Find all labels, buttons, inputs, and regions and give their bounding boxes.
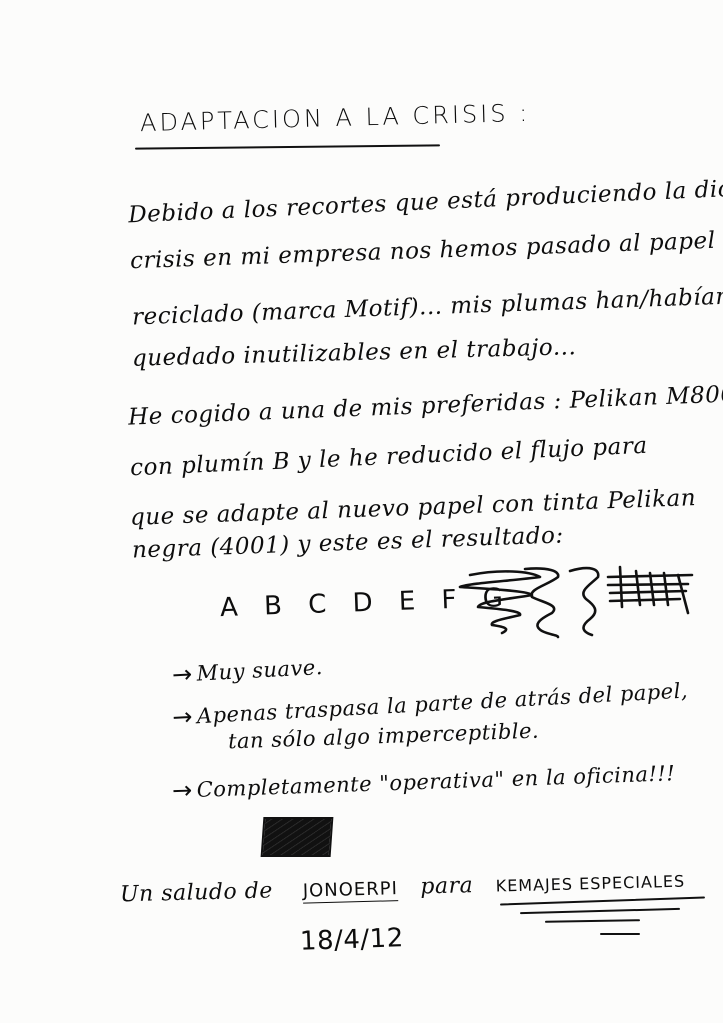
arrow-right-icon: → (172, 702, 194, 731)
paragraph-line-2: crisis en mi empresa nos hemos pasado al… (130, 228, 716, 274)
bullet-item-3: → Completamente "operativa" en la oficin… (172, 759, 676, 805)
scanned-handwritten-page: ADAPTACION A LA CRISIS : Debido a los re… (0, 0, 723, 1023)
recipient-underline-4 (600, 933, 640, 935)
ink-stroke-samples (440, 555, 700, 650)
paragraph-line-6: con plumín B y le he reducido el flujo p… (130, 433, 648, 482)
bullet-text: Completamente "operativa" en la oficina!… (196, 761, 675, 802)
paragraph-line-7: que se adapte al nuevo papel con tinta P… (130, 485, 697, 531)
bullet-item-1: → Muy suave. (171, 653, 323, 689)
paragraph-line-1: Debido a los recortes que está producien… (128, 174, 723, 229)
paragraph-line-5: He cogido a una de mis preferidas : Peli… (128, 381, 723, 430)
arrow-right-icon: → (171, 660, 193, 689)
bullet-text: Apenas traspasa la parte de atrás del pa… (196, 679, 688, 729)
signature-prefix: Un saludo de (120, 878, 273, 907)
crosshatch-grid-icon (608, 567, 692, 613)
arrow-right-icon: → (172, 776, 194, 805)
hatched-ink-box (261, 817, 334, 857)
page-title: ADAPTACION A LA CRISIS : (140, 99, 531, 137)
recipient-underline-2 (520, 908, 680, 914)
signature-connector: para (420, 873, 473, 899)
recipient-underline-1 (500, 896, 705, 905)
bullet-text: Muy suave. (196, 655, 323, 686)
paragraph-line-4: quedado inutilizables en el trabajo... (132, 334, 577, 372)
zigzag-spiral-icon (460, 571, 540, 633)
recipient-underline-3 (545, 919, 640, 923)
signature-recipient: KEMAJES ESPECIALES (495, 872, 685, 896)
squiggle-icon-2 (570, 568, 598, 635)
signature-name: JONOERPI (303, 878, 399, 901)
date: 18/4/12 (300, 923, 405, 957)
paragraph-line-3: reciclado (marca Motif)... mis plumas ha… (132, 284, 723, 331)
title-underline (135, 144, 440, 149)
